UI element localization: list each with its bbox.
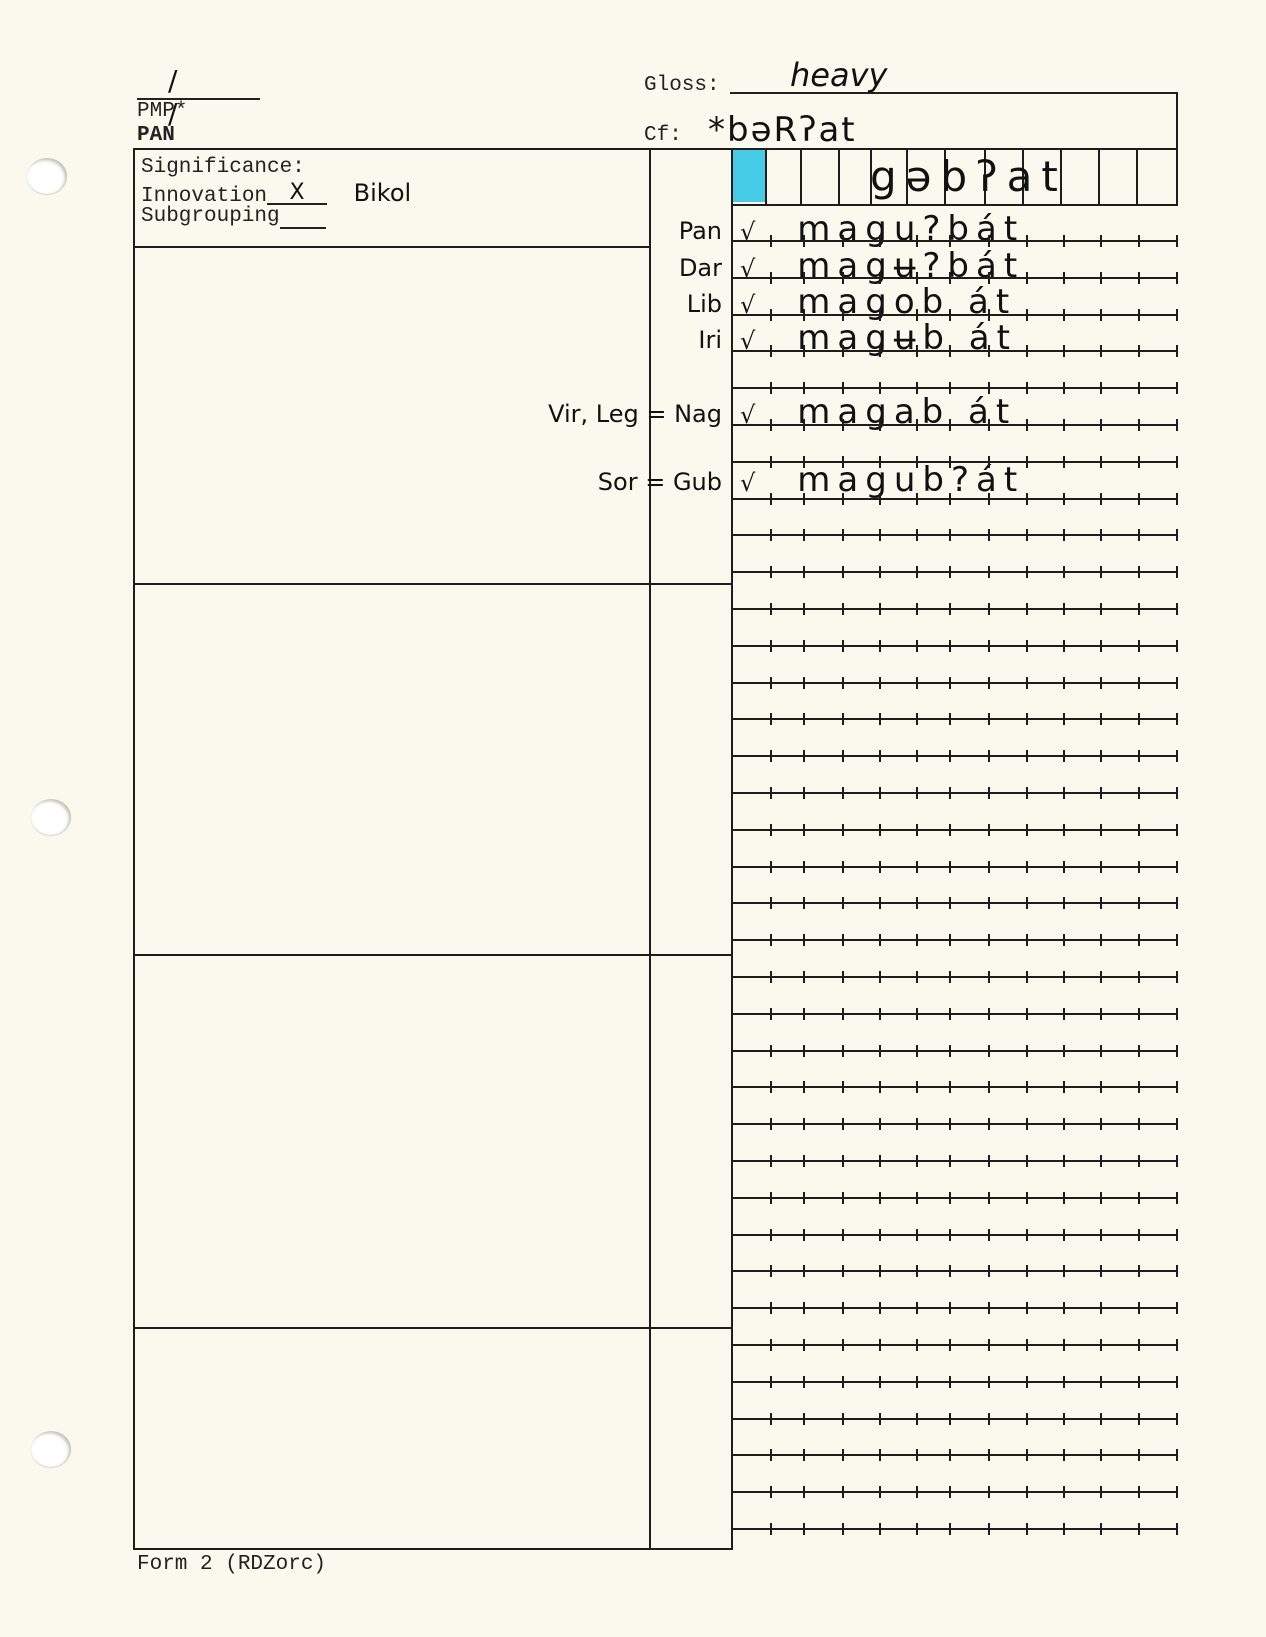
ruled-tick	[1176, 1008, 1178, 1020]
ruled-tick	[1100, 677, 1102, 689]
ruled-line	[733, 498, 1178, 500]
ruled-tick	[879, 309, 881, 321]
ruled-tick	[1176, 1523, 1178, 1535]
ruled-tick	[988, 1339, 990, 1351]
ruled-tick	[1100, 1376, 1102, 1388]
ruled-tick	[842, 750, 844, 762]
ruled-line	[733, 866, 1178, 868]
reflex-language-label: Iri	[698, 326, 722, 354]
ruled-tick	[1063, 1008, 1065, 1020]
ruled-tick	[879, 456, 881, 468]
ruled-tick	[1100, 1192, 1102, 1204]
ruled-tick	[770, 1339, 772, 1351]
ruled-tick	[1176, 382, 1178, 394]
ruled-tick	[879, 1229, 881, 1241]
ruled-tick	[879, 971, 881, 983]
ruled-tick	[803, 861, 805, 873]
ruled-tick	[1138, 1081, 1140, 1093]
ruled-tick	[949, 787, 951, 799]
ruled-tick	[1063, 1081, 1065, 1093]
ruled-tick	[1063, 493, 1065, 505]
ruled-tick	[1063, 787, 1065, 799]
ruled-tick	[1026, 603, 1028, 615]
ruled-tick	[1176, 566, 1178, 578]
ruled-tick	[842, 309, 844, 321]
ruled-tick	[1138, 529, 1140, 541]
innovation-note: Bikol	[354, 179, 412, 207]
ruled-tick	[988, 1229, 990, 1241]
ruled-tick	[949, 1155, 951, 1167]
ruled-tick	[1176, 677, 1178, 689]
ruled-tick	[1026, 1081, 1028, 1093]
ruled-tick	[803, 1376, 805, 1388]
subgrouping-checkbox[interactable]	[280, 205, 326, 229]
punch-hole	[31, 799, 71, 835]
ruled-tick	[1176, 1339, 1178, 1351]
ruled-line	[733, 1270, 1178, 1272]
ruled-tick	[879, 382, 881, 394]
ruled-tick	[879, 419, 881, 431]
ruled-tick	[949, 1118, 951, 1130]
ruled-tick	[842, 1523, 844, 1535]
ruled-tick	[1026, 566, 1028, 578]
ruled-tick	[770, 235, 772, 247]
ruled-tick	[879, 897, 881, 909]
ruled-tick	[770, 345, 772, 357]
ruled-tick	[1063, 419, 1065, 431]
ruled-tick	[1100, 603, 1102, 615]
reflex-form: magab át	[797, 392, 1016, 432]
ruled-tick	[916, 934, 918, 946]
ruled-line	[733, 314, 1178, 316]
ruled-tick	[949, 1302, 951, 1314]
ruled-tick	[770, 750, 772, 762]
ruled-tick	[1100, 382, 1102, 394]
ruled-tick	[842, 272, 844, 284]
highlight-cell	[733, 150, 767, 202]
ruled-tick	[916, 713, 918, 725]
ruled-tick	[949, 640, 951, 652]
ruled-tick	[1100, 235, 1102, 247]
ruled-tick	[1063, 1265, 1065, 1277]
ruled-tick	[988, 1118, 990, 1130]
frame-left	[133, 148, 135, 1550]
ruled-tick	[1026, 456, 1028, 468]
ruled-tick	[1100, 345, 1102, 357]
ruled-tick	[1138, 603, 1140, 615]
ruled-tick	[1026, 309, 1028, 321]
ruled-tick	[1063, 861, 1065, 873]
ruled-tick	[988, 272, 990, 284]
ruled-tick	[842, 897, 844, 909]
ruled-tick	[879, 750, 881, 762]
ruled-tick	[803, 1486, 805, 1498]
ruled-tick	[803, 529, 805, 541]
ruled-tick	[803, 1229, 805, 1241]
ruled-tick	[916, 1413, 918, 1425]
ruled-line	[733, 1160, 1178, 1162]
ruled-tick	[949, 566, 951, 578]
ruled-tick	[916, 1081, 918, 1093]
ruled-line	[733, 939, 1178, 941]
ruled-tick	[949, 824, 951, 836]
ruled-tick	[988, 750, 990, 762]
ruled-tick	[1026, 1339, 1028, 1351]
reflex-entry: √magʉ?bát	[740, 246, 1024, 286]
ruled-tick	[1026, 1376, 1028, 1388]
ruled-tick	[949, 345, 951, 357]
ruled-tick	[1176, 1081, 1178, 1093]
ruled-tick	[988, 1155, 990, 1167]
ruled-line	[733, 1013, 1178, 1015]
ruled-tick	[949, 456, 951, 468]
reconstruction-form: gəbʔat	[870, 152, 1067, 201]
ruled-tick	[879, 1339, 881, 1351]
ruled-tick	[879, 861, 881, 873]
ruled-tick	[1026, 640, 1028, 652]
ruled-tick	[842, 419, 844, 431]
reflex-form: magʉ?bát	[797, 246, 1024, 286]
ruled-tick	[988, 1486, 990, 1498]
ruled-tick	[988, 1008, 990, 1020]
ruled-tick	[1026, 1045, 1028, 1057]
ruled-tick	[1100, 897, 1102, 909]
ruled-tick	[770, 456, 772, 468]
ruled-tick	[770, 1192, 772, 1204]
ruled-tick	[988, 566, 990, 578]
ruled-tick	[1063, 235, 1065, 247]
ruled-line	[733, 976, 1178, 978]
ruled-tick	[879, 1376, 881, 1388]
ruled-tick	[916, 345, 918, 357]
ruled-tick	[770, 382, 772, 394]
ruled-tick	[1026, 529, 1028, 541]
ruled-tick	[879, 529, 881, 541]
ruled-tick	[1063, 750, 1065, 762]
ruled-tick	[1063, 1339, 1065, 1351]
ruled-tick	[916, 1265, 918, 1277]
ruled-tick	[1138, 1008, 1140, 1020]
section-divider	[133, 246, 651, 248]
ruled-tick	[949, 1486, 951, 1498]
ruled-tick	[916, 1486, 918, 1498]
ruled-tick	[916, 1008, 918, 1020]
ruled-tick	[842, 1045, 844, 1057]
ruled-tick	[949, 272, 951, 284]
segment-cell-divider	[765, 150, 767, 204]
ruled-tick	[803, 419, 805, 431]
ruled-tick	[1176, 1229, 1178, 1241]
ruled-tick	[803, 1118, 805, 1130]
ruled-tick	[1138, 861, 1140, 873]
ruled-tick	[1026, 1265, 1028, 1277]
ruled-tick	[770, 529, 772, 541]
ruled-line	[733, 350, 1178, 352]
ruled-tick	[1176, 713, 1178, 725]
ruled-tick	[949, 1229, 951, 1241]
ruled-tick	[916, 1302, 918, 1314]
ruled-tick	[916, 1339, 918, 1351]
ruled-tick	[1176, 934, 1178, 946]
ruled-tick	[879, 235, 881, 247]
ruled-tick	[842, 456, 844, 468]
ruled-tick	[1176, 861, 1178, 873]
ruled-line	[733, 1307, 1178, 1309]
ruled-tick	[1176, 640, 1178, 652]
ruled-tick	[1026, 677, 1028, 689]
ruled-tick	[916, 897, 918, 909]
ruled-tick	[1026, 493, 1028, 505]
ruled-tick	[803, 272, 805, 284]
ruled-tick	[1138, 971, 1140, 983]
ruled-tick	[1100, 1449, 1102, 1461]
ruled-tick	[1138, 1265, 1140, 1277]
ruled-tick	[1100, 1413, 1102, 1425]
ruled-tick	[1100, 1155, 1102, 1167]
ruled-tick	[916, 603, 918, 615]
ruled-tick	[988, 1081, 990, 1093]
ruled-tick	[1063, 1413, 1065, 1425]
ruled-line	[733, 1050, 1178, 1052]
ruled-tick	[1026, 235, 1028, 247]
ruled-tick	[803, 1523, 805, 1535]
ruled-tick	[916, 309, 918, 321]
ruled-tick	[1138, 309, 1140, 321]
ruled-tick	[1063, 1523, 1065, 1535]
ruled-line	[733, 718, 1178, 720]
ruled-tick	[803, 345, 805, 357]
ruled-tick	[1063, 1486, 1065, 1498]
ruled-tick	[1026, 382, 1028, 394]
ruled-tick	[803, 1265, 805, 1277]
ruled-tick	[1100, 529, 1102, 541]
ruled-tick	[1026, 419, 1028, 431]
ruled-tick	[949, 1081, 951, 1093]
ruled-tick	[1138, 824, 1140, 836]
ruled-tick	[916, 1523, 918, 1535]
ruled-tick	[988, 345, 990, 357]
ruled-tick	[1138, 1486, 1140, 1498]
ruled-tick	[1100, 971, 1102, 983]
ruled-tick	[988, 640, 990, 652]
ruled-tick	[879, 934, 881, 946]
ruled-tick	[1063, 713, 1065, 725]
ruled-tick	[1026, 1486, 1028, 1498]
ruled-tick	[803, 824, 805, 836]
ruled-tick	[949, 529, 951, 541]
ruled-tick	[1176, 1449, 1178, 1461]
ruled-line	[733, 645, 1178, 647]
ruled-line	[733, 682, 1178, 684]
ruled-tick	[988, 1413, 990, 1425]
ruled-tick	[1063, 603, 1065, 615]
ruled-tick	[949, 1265, 951, 1277]
ruled-tick	[1138, 787, 1140, 799]
ruled-tick	[879, 272, 881, 284]
ruled-tick	[1138, 1118, 1140, 1130]
ruled-tick	[842, 640, 844, 652]
ruled-tick	[949, 419, 951, 431]
ruled-tick	[1100, 1486, 1102, 1498]
ruled-tick	[879, 1265, 881, 1277]
ruled-tick	[1026, 1449, 1028, 1461]
ruled-tick	[1138, 1339, 1140, 1351]
ruled-tick	[1063, 934, 1065, 946]
ruled-tick	[1026, 750, 1028, 762]
ruled-tick	[879, 1302, 881, 1314]
ruled-tick	[1138, 750, 1140, 762]
ruled-tick	[1026, 1192, 1028, 1204]
ruled-tick	[916, 1118, 918, 1130]
ruled-line	[733, 1418, 1178, 1420]
ruled-tick	[1100, 787, 1102, 799]
ruled-tick	[1100, 640, 1102, 652]
ruled-tick	[1026, 272, 1028, 284]
ruled-tick	[770, 971, 772, 983]
ruled-tick	[879, 640, 881, 652]
ruled-tick	[988, 934, 990, 946]
ruled-tick	[949, 971, 951, 983]
segment-grid-bottom	[731, 204, 1178, 206]
ruled-tick	[770, 1376, 772, 1388]
ruled-tick	[1100, 272, 1102, 284]
ruled-line	[733, 424, 1178, 426]
ruled-tick	[770, 713, 772, 725]
ruled-tick	[988, 419, 990, 431]
ruled-tick	[879, 787, 881, 799]
ruled-tick	[842, 861, 844, 873]
ruled-tick	[949, 1449, 951, 1461]
ruled-tick	[949, 861, 951, 873]
ruled-tick	[1100, 1045, 1102, 1057]
ruled-tick	[1026, 1118, 1028, 1130]
ruled-tick	[842, 1376, 844, 1388]
ruled-tick	[770, 603, 772, 615]
ruled-tick	[1176, 235, 1178, 247]
ruled-tick	[770, 1265, 772, 1277]
ruled-tick	[1063, 1155, 1065, 1167]
ruled-tick	[949, 1523, 951, 1535]
ruled-tick	[1176, 1376, 1178, 1388]
ruled-tick	[803, 566, 805, 578]
ruled-tick	[1100, 309, 1102, 321]
ruled-tick	[1026, 1302, 1028, 1314]
section-divider	[133, 954, 733, 956]
ruled-tick	[879, 1413, 881, 1425]
ruled-tick	[803, 934, 805, 946]
ruled-line	[733, 1234, 1178, 1236]
ruled-tick	[988, 1523, 990, 1535]
ruled-tick	[803, 750, 805, 762]
ruled-tick	[988, 529, 990, 541]
ruled-tick	[842, 1118, 844, 1130]
ruled-tick	[842, 1302, 844, 1314]
punch-hole	[31, 1431, 71, 1467]
ruled-line	[733, 240, 1178, 242]
ruled-tick	[803, 1449, 805, 1461]
ruled-tick	[1176, 419, 1178, 431]
ruled-tick	[916, 1229, 918, 1241]
ruled-tick	[1100, 1008, 1102, 1020]
ruled-tick	[1138, 382, 1140, 394]
ruled-line	[733, 1086, 1178, 1088]
ruled-tick	[988, 456, 990, 468]
ruled-tick	[949, 493, 951, 505]
ruled-tick	[842, 1413, 844, 1425]
ruled-tick	[803, 1155, 805, 1167]
ruled-line	[733, 1381, 1178, 1383]
ruled-tick	[1100, 566, 1102, 578]
reflex-form: magʉb át	[797, 318, 1017, 358]
ruled-tick	[1176, 493, 1178, 505]
ruled-tick	[916, 235, 918, 247]
ruled-tick	[842, 1449, 844, 1461]
ruled-line	[733, 1123, 1178, 1125]
ruled-tick	[1063, 1376, 1065, 1388]
ruled-tick	[879, 1118, 881, 1130]
ruled-tick	[1176, 345, 1178, 357]
ruled-tick	[1063, 640, 1065, 652]
ruled-tick	[1063, 382, 1065, 394]
ruled-tick	[842, 1486, 844, 1498]
date-field[interactable]: / /	[138, 70, 260, 100]
ruled-tick	[803, 1081, 805, 1093]
punch-hole	[27, 158, 67, 194]
ruled-line	[733, 792, 1178, 794]
gloss-value: heavy	[790, 56, 887, 94]
ruled-tick	[988, 382, 990, 394]
ruled-tick	[842, 971, 844, 983]
ruled-tick	[803, 1302, 805, 1314]
ruled-tick	[1100, 750, 1102, 762]
ruled-tick	[1026, 1229, 1028, 1241]
ruled-tick	[1138, 1229, 1140, 1241]
ruled-tick	[1176, 1118, 1178, 1130]
ruled-tick	[842, 382, 844, 394]
ruled-tick	[803, 713, 805, 725]
ruled-tick	[916, 1192, 918, 1204]
ruled-tick	[1063, 1118, 1065, 1130]
ruled-tick	[1100, 934, 1102, 946]
ruled-line	[733, 277, 1178, 279]
ruled-tick	[842, 1008, 844, 1020]
ruled-tick	[916, 824, 918, 836]
reflex-language-label: Vir, Leg = Nag	[548, 400, 722, 428]
ruled-tick	[1026, 1413, 1028, 1425]
ruled-tick	[1026, 934, 1028, 946]
ruled-line	[733, 902, 1178, 904]
ruled-tick	[1138, 566, 1140, 578]
ruled-tick	[803, 1045, 805, 1057]
ruled-tick	[1138, 1523, 1140, 1535]
ruled-tick	[1100, 1118, 1102, 1130]
ruled-tick	[1026, 787, 1028, 799]
ruled-tick	[1026, 1008, 1028, 1020]
ruled-tick	[1138, 640, 1140, 652]
ruled-tick	[879, 1486, 881, 1498]
ruled-line	[733, 534, 1178, 536]
ruled-tick	[842, 566, 844, 578]
innovation-checkbox[interactable]: X	[267, 181, 327, 205]
ruled-tick	[988, 861, 990, 873]
ruled-tick	[803, 1192, 805, 1204]
ruled-tick	[1138, 1413, 1140, 1425]
column-divider-labels	[649, 148, 651, 1550]
ruled-tick	[879, 1008, 881, 1020]
ruled-line	[733, 1454, 1178, 1456]
ruled-tick	[770, 493, 772, 505]
ruled-tick	[1176, 897, 1178, 909]
